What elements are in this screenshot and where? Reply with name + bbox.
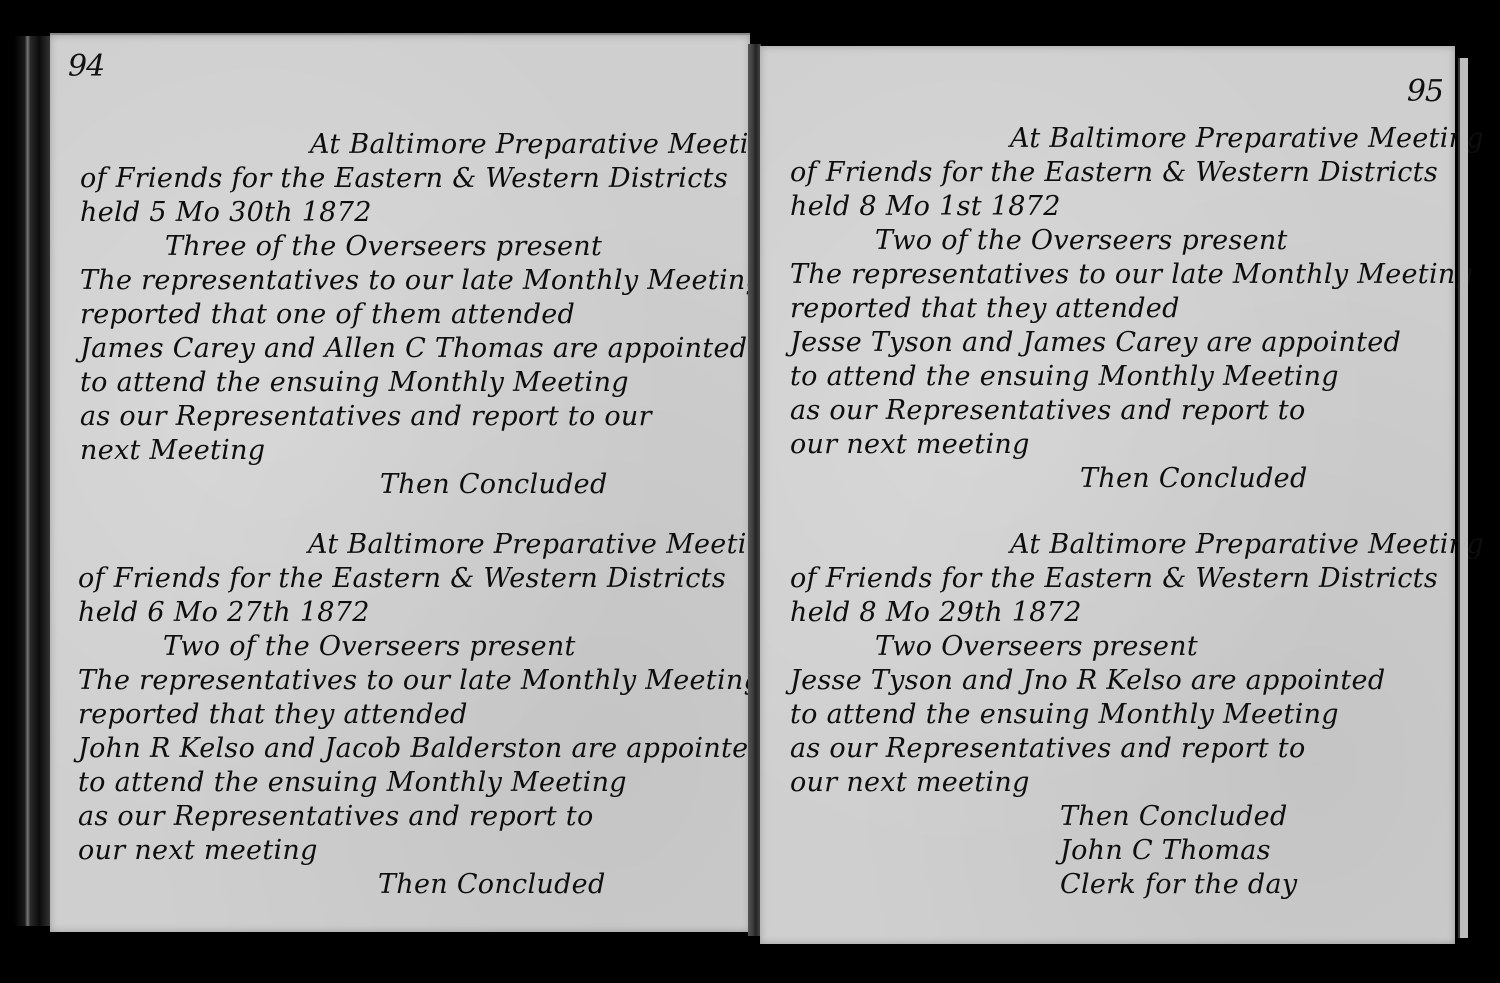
entry-closing: Then Concluded	[80, 468, 784, 502]
entry-date: held 8 Mo 29th 1872	[790, 596, 1484, 630]
entry-closing: Then Concluded	[790, 462, 1484, 496]
entry-body-line: to attend the ensuing Monthly Meeting	[78, 766, 782, 800]
entry-attendance: Two Overseers present	[790, 630, 1484, 664]
entry-heading: At Baltimore Preparative Meeting	[790, 528, 1484, 562]
book-binding-edge	[14, 36, 50, 926]
entry-body-line: reported that they attended	[790, 292, 1484, 326]
entry-line: of Friends for the Eastern & Western Dis…	[80, 162, 784, 196]
entry-heading: At Baltimore Preparative Meeting	[80, 128, 784, 162]
entry-body-line: James Carey and Allen C Thomas are appoi…	[80, 332, 784, 366]
entry-body-line: our next meeting	[78, 834, 782, 868]
entry-closing: Then Concluded	[78, 868, 782, 902]
right-page: 95 At Baltimore Preparative Meeting of F…	[760, 46, 1455, 944]
entry-body-line: Jesse Tyson and James Carey are appointe…	[790, 326, 1484, 360]
entry-attendance: Two of the Overseers present	[790, 224, 1484, 258]
entry-body-line: to attend the ensuing Monthly Meeting	[790, 698, 1484, 732]
entry-body-line: reported that they attended	[78, 698, 782, 732]
entry-date: held 6 Mo 27th 1872	[78, 596, 782, 630]
entry-line: of Friends for the Eastern & Western Dis…	[790, 156, 1484, 190]
clerk-title: Clerk for the day	[790, 868, 1484, 902]
left-page: 94 At Baltimore Preparative Meeting of F…	[50, 33, 750, 932]
clerk-signature: John C Thomas	[790, 834, 1484, 868]
entry-body-line: reported that one of them attended	[80, 298, 784, 332]
minute-entry-1: At Baltimore Preparative Meeting of Frie…	[80, 128, 784, 502]
entry-date: held 5 Mo 30th 1872	[80, 196, 784, 230]
entry-heading: At Baltimore Preparative Meeting	[78, 528, 782, 562]
minute-entry-3: At Baltimore Preparative Meeting of Frie…	[790, 122, 1484, 496]
book-spread: 94 At Baltimore Preparative Meeting of F…	[0, 0, 1500, 983]
entry-body-line: as our Representatives and report to	[790, 394, 1484, 428]
minute-entry-2: At Baltimore Preparative Meeting of Frie…	[78, 528, 782, 902]
page-number-right: 95	[1407, 74, 1443, 109]
entry-body-line: The representatives to our late Monthly …	[78, 664, 782, 698]
entry-body-line: next Meeting	[80, 434, 784, 468]
minute-entry-4: At Baltimore Preparative Meeting of Frie…	[790, 528, 1484, 902]
entry-line: of Friends for the Eastern & Western Dis…	[790, 562, 1484, 596]
entry-body-line: The representatives to our late Monthly …	[790, 258, 1484, 292]
entry-body-line: as our Representatives and report to	[790, 732, 1484, 766]
entry-closing: Then Concluded	[790, 800, 1484, 834]
entry-body-line: The representatives to our late Monthly …	[80, 264, 784, 298]
entry-body-line: John R Kelso and Jacob Balderston are ap…	[78, 732, 782, 766]
entry-body-line: as our Representatives and report to our	[80, 400, 784, 434]
page-number-left: 94	[68, 49, 104, 84]
entry-line: of Friends for the Eastern & Western Dis…	[78, 562, 782, 596]
entry-body-line: Jesse Tyson and Jno R Kelso are appointe…	[790, 664, 1484, 698]
entry-attendance: Three of the Overseers present	[80, 230, 784, 264]
entry-body-line: to attend the ensuing Monthly Meeting	[790, 360, 1484, 394]
entry-heading: At Baltimore Preparative Meeting	[790, 122, 1484, 156]
entry-body-line: as our Representatives and report to	[78, 800, 782, 834]
entry-body-line: our next meeting	[790, 428, 1484, 462]
entry-attendance: Two of the Overseers present	[78, 630, 782, 664]
entry-body-line: to attend the ensuing Monthly Meeting	[80, 366, 784, 400]
page-edge	[1458, 58, 1468, 938]
entry-body-line: our next meeting	[790, 766, 1484, 800]
entry-date: held 8 Mo 1st 1872	[790, 190, 1484, 224]
